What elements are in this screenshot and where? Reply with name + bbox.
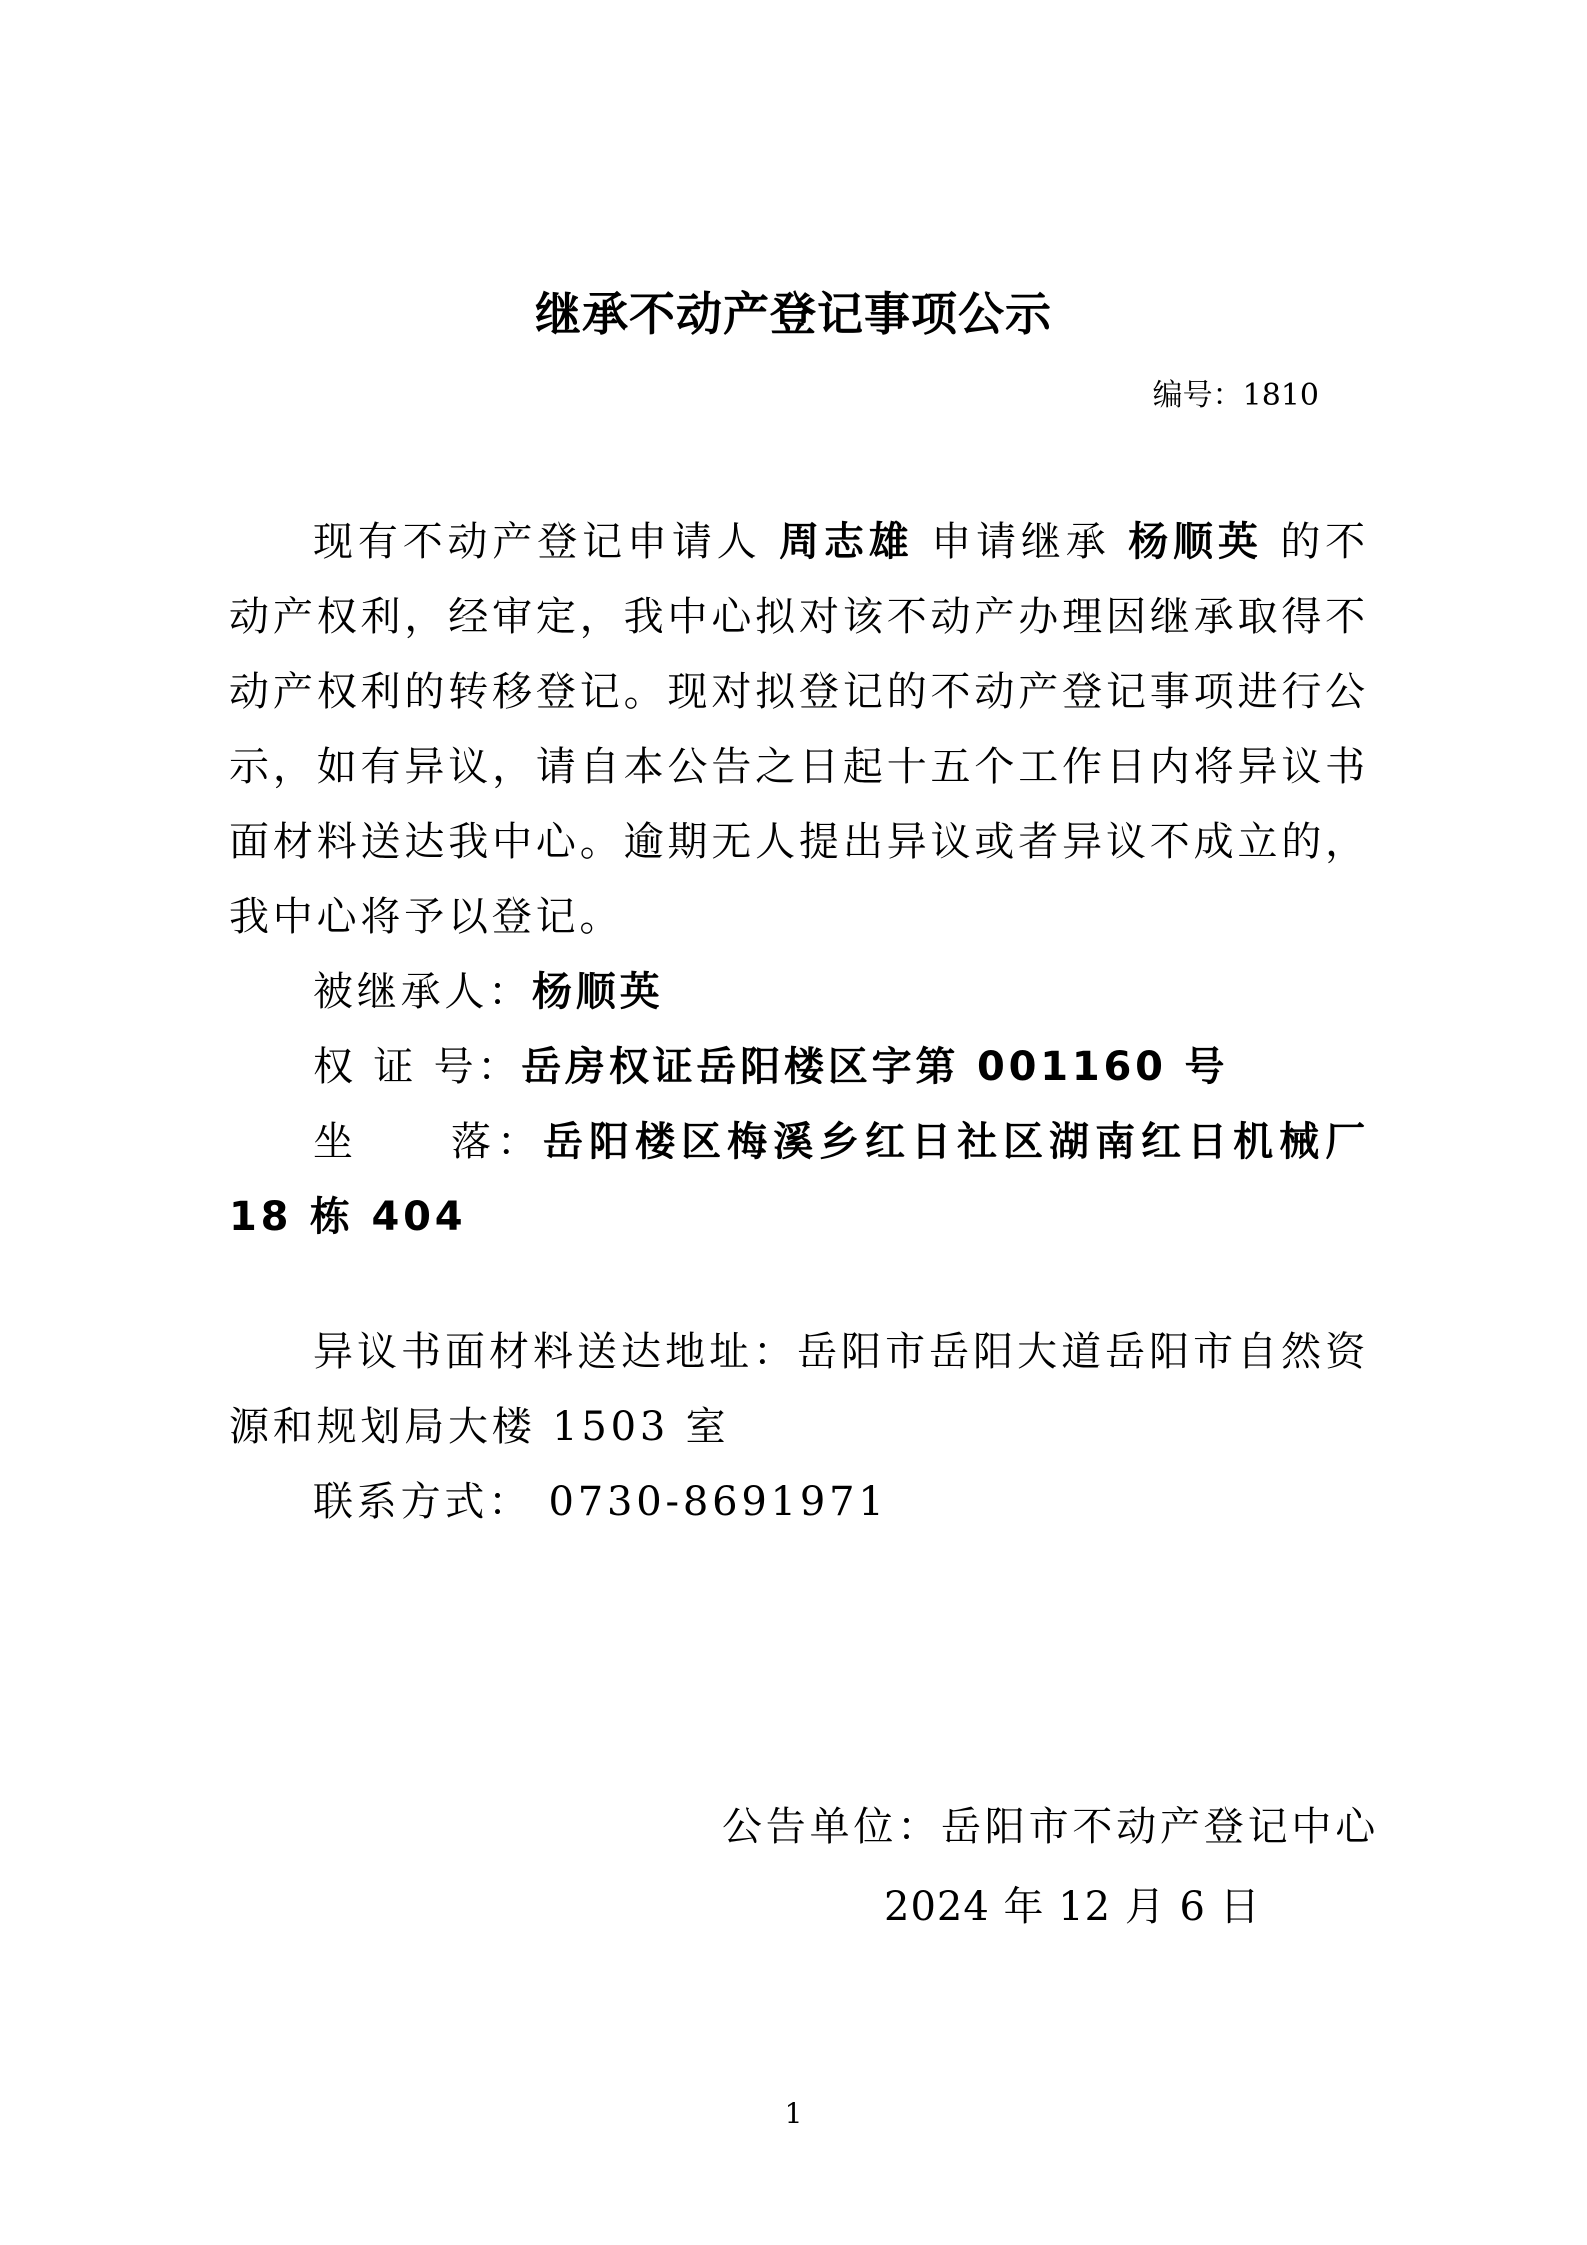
paragraph-text: 申请继承 (914, 519, 1129, 565)
issuer-label: 公告单位： (722, 1804, 941, 1850)
announcement-paragraph: 现有不动产登记申请人 周志雄 申请继承 杨顺英 的不动产权利，经审定，我中心拟对… (229, 505, 1369, 955)
paragraph-text: 的不动产权利，经审定，我中心拟对该不动产办理因继承取得不动产权利的转移登记。现对… (229, 519, 1369, 940)
document-number-label: 编号： (1153, 378, 1243, 413)
spacer (229, 1255, 1369, 1315)
objection-address: 异议书面材料送达地址：岳阳市岳阳大道岳阳市自然资源和规划局大楼 1503 室 (229, 1315, 1369, 1465)
contact-label: 联系方式： (313, 1479, 532, 1525)
field-label: 权 证 号： (313, 1044, 521, 1090)
contact-value: 0730-8691971 (532, 1479, 888, 1525)
paragraph-text: 现有不动产登记申请人 (313, 519, 779, 565)
document-body: 现有不动产登记申请人 周志雄 申请继承 杨顺英 的不动产权利，经审定，我中心拟对… (229, 505, 1369, 1540)
field-decedent: 被继承人：杨顺英 (229, 955, 1369, 1030)
applicant-name: 周志雄 (779, 519, 914, 565)
issuer-name: 岳阳市不动产登记中心 (941, 1804, 1379, 1850)
page-number: 1 (0, 2097, 1587, 2130)
field-certificate-number: 权 证 号：岳房权证岳阳楼区字第 001160 号 (229, 1030, 1369, 1105)
objection-address-label: 异议书面材料送达地址： (313, 1329, 797, 1375)
field-label: 被继承人： (313, 969, 532, 1015)
field-value: 杨顺英 (532, 969, 663, 1015)
contact-info: 联系方式： 0730-8691971 (229, 1465, 1369, 1540)
document-title: 继承不动产登记事项公示 (0, 278, 1587, 344)
issue-date: 2024 年 12 月 6 日 (884, 1875, 1261, 1932)
issuer: 公告单位：岳阳市不动产登记中心 (722, 1795, 1379, 1852)
document-number: 编号：1810 (1153, 370, 1319, 414)
decedent-name: 杨顺英 (1128, 519, 1263, 565)
field-label: 坐 落： (313, 1119, 543, 1165)
document-number-value: 1810 (1243, 378, 1319, 413)
field-value: 岳房权证岳阳楼区字第 001160 号 (521, 1044, 1228, 1090)
field-location: 坐 落：岳阳楼区梅溪乡红日社区湖南红日机械厂 18 栋 404 (229, 1105, 1369, 1255)
